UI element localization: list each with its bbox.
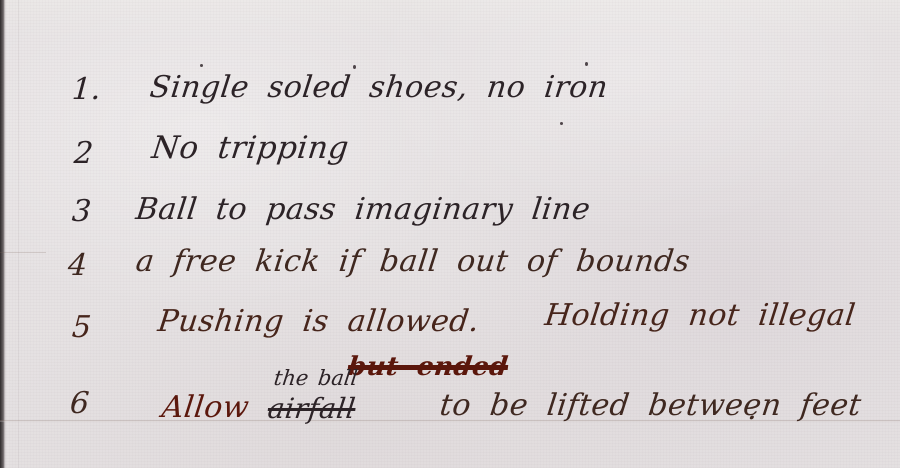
rule-1-text: Single soled shoes, no iron xyxy=(148,70,610,105)
rule-5-number: 5 xyxy=(71,310,93,345)
ink-speck xyxy=(353,65,356,69)
rule-4-text: a free kick if ball out of bounds xyxy=(134,244,692,279)
edge-crease-mark xyxy=(0,252,46,253)
manuscript-page: 1. Single soled shoes, no iron 2 No trip… xyxy=(0,0,900,468)
rule-2-text: No tripping xyxy=(150,130,351,166)
rule-6-number: 6 xyxy=(69,386,91,421)
rule-5-text-right: Holding not illegal xyxy=(543,298,858,333)
rule-5-text-left: Pushing is allowed. xyxy=(156,304,482,339)
rule-1-number: 1. xyxy=(71,72,102,107)
vertical-fold-crease xyxy=(18,0,20,468)
ink-speck xyxy=(585,62,588,66)
rule-2-number: 2 xyxy=(73,136,95,171)
rule-6-word-allow: Allow xyxy=(160,390,251,425)
ink-speck xyxy=(200,64,203,67)
page-left-edge-shadow xyxy=(0,0,6,468)
rule-6-text: to be lifted between feet xyxy=(438,388,864,423)
ink-speck xyxy=(560,122,563,125)
rule-6-inserted-words: the ball xyxy=(273,366,359,390)
struck-correction-phrase: but ended xyxy=(346,352,510,382)
rule-3-number: 3 xyxy=(71,194,93,229)
rule-4-number: 4 xyxy=(67,248,89,283)
rule-6-struck-word: airfall xyxy=(266,392,358,425)
rule-3-text: Ball to pass imaginary line xyxy=(134,192,593,227)
